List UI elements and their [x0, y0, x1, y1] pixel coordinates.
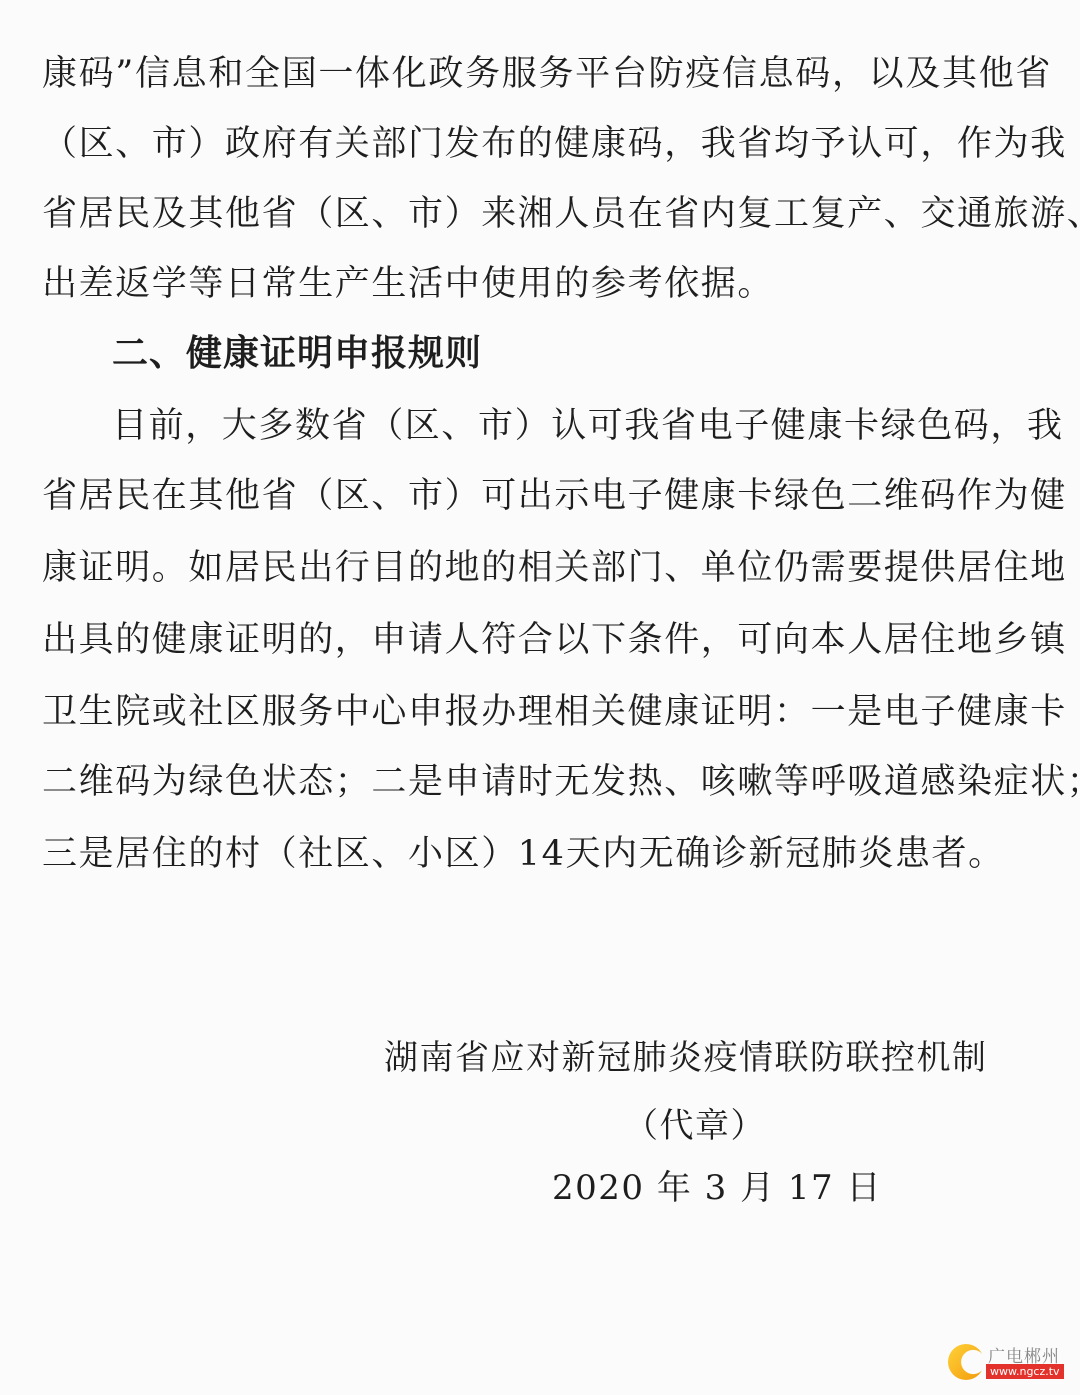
body-line: （区、市）政府有关部门发布的健康码，我省均予认可，作为我: [42, 122, 1052, 166]
body-line: 出具的健康证明的，申请人符合以下条件，可向本人居住地乡镇: [42, 618, 1052, 662]
signature-organization: 湖南省应对新冠肺炎疫情联防联控机制: [384, 1036, 988, 1080]
signature-seal-note: （代章）: [624, 1104, 766, 1148]
document-page: 康码”信息和全国一体化政务服务平台防疫信息码，以及其他省 （区、市）政府有关部门…: [0, 0, 1080, 1395]
broadcast-logo-icon: [948, 1344, 984, 1380]
section-heading: 二、健康证明申报规则: [112, 332, 482, 376]
watermark: 广电郴州 www.ngcz.tv: [940, 1340, 1080, 1395]
body-line: 康证明。如居民出行目的地的相关部门、单位仍需要提供居住地: [42, 546, 1052, 590]
body-line: 康码”信息和全国一体化政务服务平台防疫信息码，以及其他省: [42, 52, 1052, 96]
body-line: 目前，大多数省（区、市）认可我省电子健康卡绿色码，我: [112, 404, 1052, 448]
signature-date: 2020 年 3 月 17 日: [552, 1166, 882, 1210]
body-line: 省居民及其他省（区、市）来湘人员在省内复工复产、交通旅游、: [42, 192, 1052, 236]
body-line: 三是居住的村（社区、小区）14天内无确诊新冠肺炎患者。: [42, 832, 1052, 876]
body-line: 省居民在其他省（区、市）可出示电子健康卡绿色二维码作为健: [42, 474, 1052, 518]
watermark-url: www.ngcz.tv: [986, 1364, 1064, 1379]
body-line: 卫生院或社区服务中心申报办理相关健康证明：一是电子健康卡: [42, 690, 1052, 734]
body-line: 出差返学等日常生产生活中使用的参考依据。: [42, 262, 1052, 306]
body-line: 二维码为绿色状态；二是申请时无发热、咳嗽等呼吸道感染症状；: [42, 760, 1052, 804]
